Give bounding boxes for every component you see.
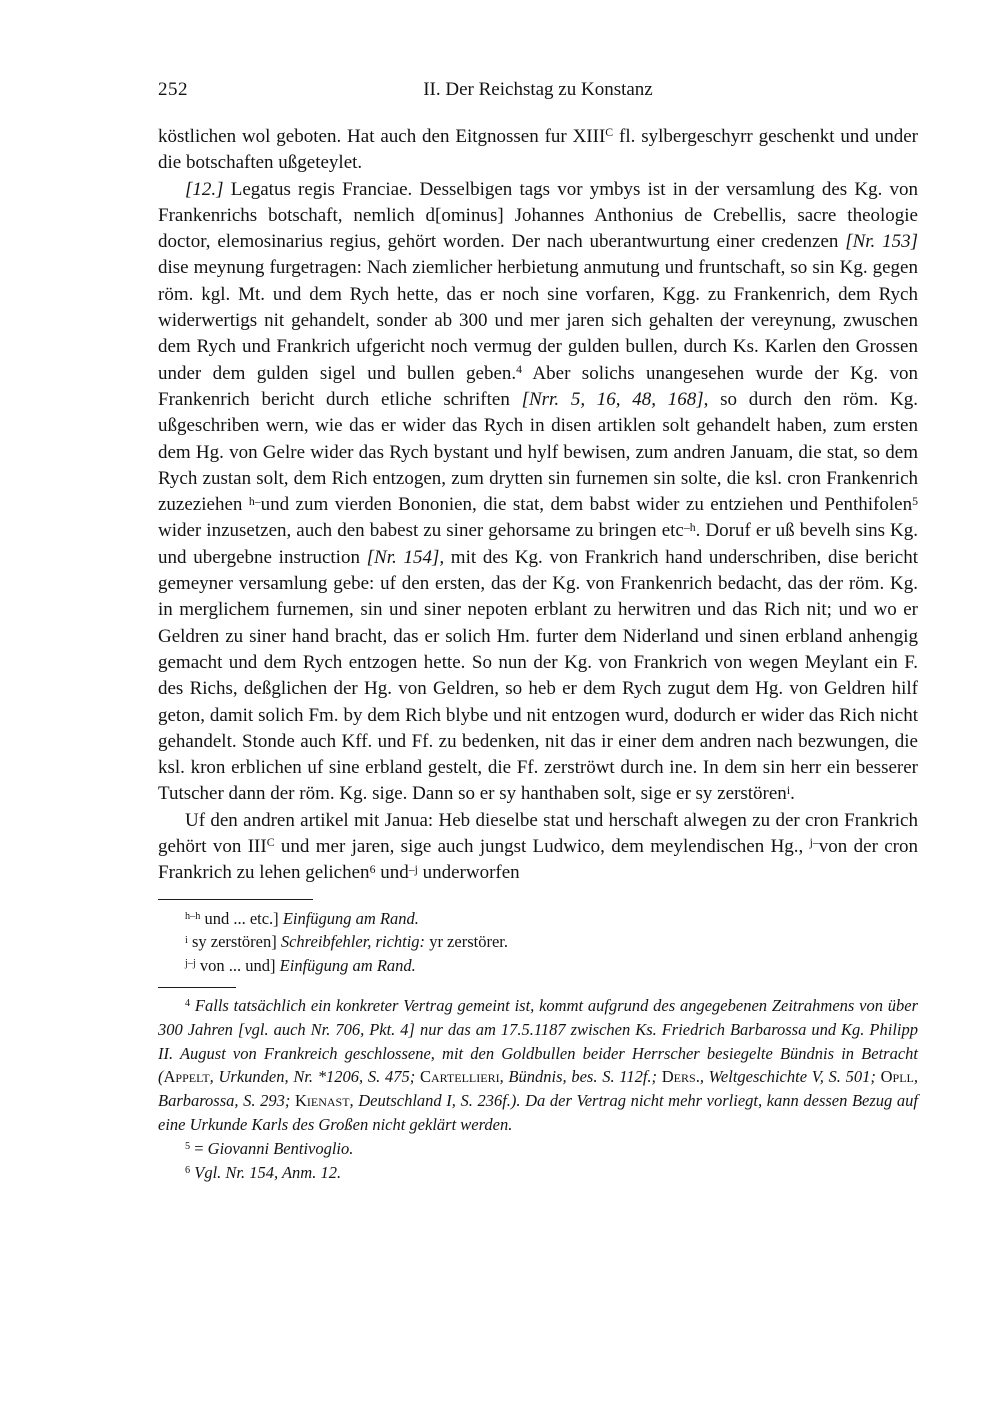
footnotes: 4 Falls tatsächlich ein konkreter Vertra… [158,994,918,1184]
page-number: 252 [158,78,188,102]
text-segment: mit des Kg. von Frankrich hand underschr… [158,547,918,805]
text-segment: Opll [881,1067,914,1086]
footnote-divider [158,987,236,988]
text-segment: 4 [185,998,190,1009]
text-segment: [12.] [185,179,224,200]
footnote: 5 = Giovanni Bentivoglio. [158,1137,918,1161]
text-segment: und mer jaren, sige auch jungst Ludwico,… [275,836,810,857]
text-segment: C [267,836,275,849]
apparatus-entry: j–j von ... und] Einfügung am Rand. [158,954,918,978]
text-segment: Cartellieri [420,1067,500,1086]
text-segment: underworfen [418,862,520,883]
text-segment: j–j [185,958,196,969]
text-segment: , Bündnis, bes. S. 112f.; [500,1067,662,1086]
text-segment: , Urkunden, Nr. *1206, S. 475; [210,1067,420,1086]
paragraph: [12.] Legatus regis Franciae. Desselbige… [158,177,918,808]
page-header: 252 II. Der Reichstag zu Konstanz [158,78,918,102]
text-segment: . [790,783,795,804]
text-segment: 5 [912,495,918,508]
text-segment: h– [249,495,261,508]
text-segment: j– [810,836,819,849]
footnote: 6 Vgl. Nr. 154, Anm. 12. [158,1161,918,1185]
text-segment: Appelt [164,1067,210,1086]
text-segment: [Nrr. 5, 16, 48, 168] [522,389,704,410]
text-segment: Schreibfehler, richtig: [281,932,425,951]
text-segment: und ... etc.] [200,909,282,928]
text-segment: und zum vierden Bononien, die stat, dem … [261,494,913,515]
text-segment: von ... und] [196,956,280,975]
text-segment: [Nr. 153] [845,231,918,252]
text-segment: , Weltgeschichte V, S. 501; [700,1067,881,1086]
text-segment: Giovanni Bentivoglio. [208,1139,354,1158]
text-segment: Ders. [662,1067,700,1086]
text-segment: Einfügung am Rand. [280,956,416,975]
text-segment: köstlichen wol geboten. Hat auch den Eit… [158,126,605,147]
apparatus-entry: h–h und ... etc.] Einfügung am Rand. [158,907,918,931]
book-page: 252 II. Der Reichstag zu Konstanz köstli… [0,0,1004,1418]
text-segment: 4 [516,363,522,376]
body-text: köstlichen wol geboten. Hat auch den Eit… [158,124,918,887]
text-segment: Einfügung am Rand. [283,909,419,928]
text-segment: sy zerstören] [188,932,281,951]
apparatus: h–h und ... etc.] Einfügung am Rand.i sy… [158,907,918,978]
text-segment: Kienast [295,1091,350,1110]
text-segment: Vgl. Nr. 154, Anm. 12. [194,1163,341,1182]
paragraph: Uf den andren artikel mit Janua: Heb die… [158,808,918,887]
text-segment: = [190,1139,208,1158]
text-segment: –h [684,521,696,534]
text-segment: 5 [185,1141,190,1152]
text-segment: 6 [370,863,376,876]
apparatus-divider [158,899,313,900]
text-segment: [Nr. 154], [367,547,444,568]
text-segment: Legatus regis Franciae. Desselbigen tags… [158,179,918,253]
text-segment: wider inzusetzen, auch den babest zu sin… [158,520,684,541]
paragraph: köstlichen wol geboten. Hat auch den Eit… [158,124,918,177]
text-segment: –j [409,863,418,876]
footnote: 4 Falls tatsächlich ein konkreter Vertra… [158,994,918,1137]
running-head: II. Der Reichstag zu Konstanz [158,78,918,102]
text-segment: und [375,862,408,883]
text-segment: i [787,784,790,797]
text-segment: C [605,126,613,139]
text-segment: yr zerstörer. [425,932,508,951]
text-segment: i [185,935,188,946]
text-segment: h–h [185,911,200,922]
text-segment: 6 [185,1165,190,1176]
apparatus-entry: i sy zerstören] Schreibfehler, richtig: … [158,930,918,954]
